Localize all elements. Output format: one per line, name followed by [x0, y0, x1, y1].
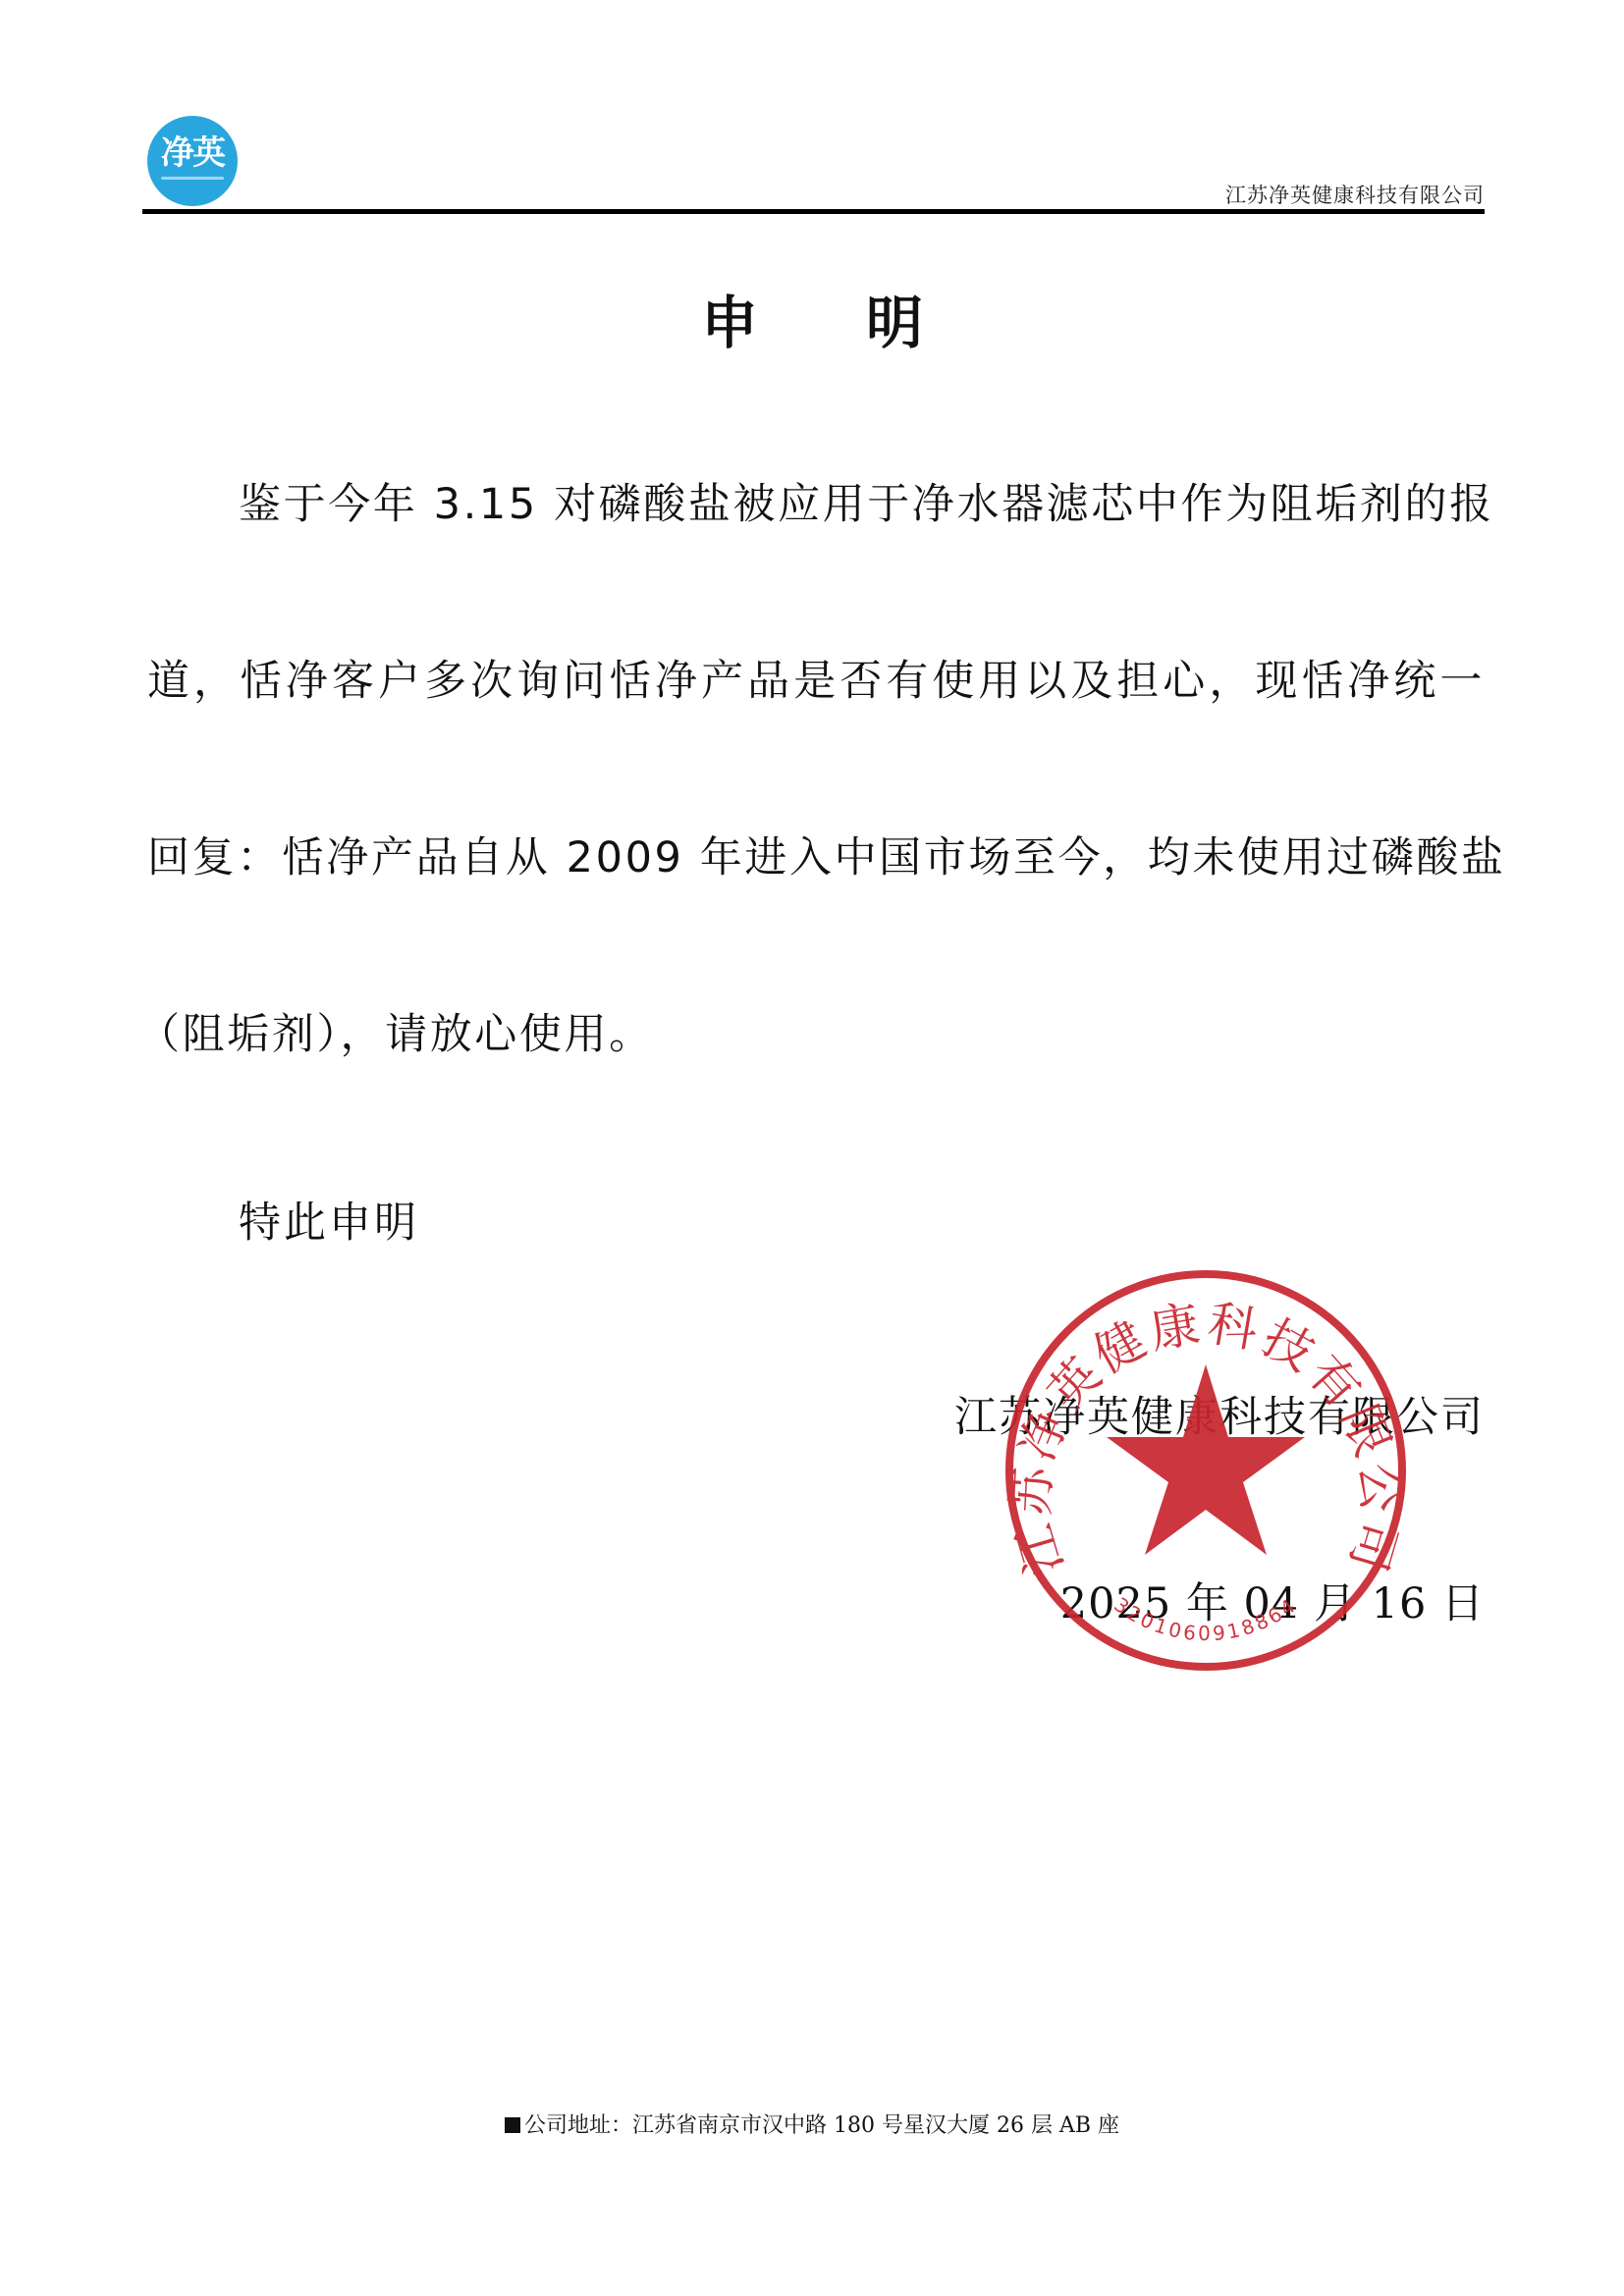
- body-line-3: 回复：恬净产品自从 2009 年进入中国市场至今，均未使用过磷酸盐: [147, 828, 1485, 887]
- footer-address-text: 公司地址：江苏省南京市汉中路 180 号星汉大厦 26 层 AB 座: [524, 2113, 1119, 2138]
- title-char-1: 申: [701, 277, 758, 359]
- body-line-1: 鉴于今年 3.15 对磷酸盐被应用于净水器滤芯中作为阻垢剂的报: [239, 475, 1485, 534]
- company-seal: 江苏净英健康科技有限公司 3201060918864: [1003, 1268, 1408, 1673]
- footer-address: 公司地址：江苏省南京市汉中路 180 号星汉大厦 26 层 AB 座: [0, 2109, 1624, 2139]
- svg-text:3201060918864: 3201060918864: [1110, 1592, 1301, 1645]
- logo-tagline-bar: [161, 177, 224, 180]
- title-char-2: 明: [866, 277, 923, 359]
- body-line-4: （阻垢剂），请放心使用。: [137, 1005, 1475, 1064]
- logo-text: 净英: [147, 133, 238, 173]
- star-icon: [1107, 1364, 1305, 1555]
- header-company-name: 江苏净英健康科技有限公司: [1225, 180, 1485, 209]
- closing-statement: 特此申明: [239, 1190, 419, 1250]
- header-divider: [142, 209, 1485, 214]
- company-logo: 净英: [147, 116, 238, 206]
- body-line-2: 道，恬净客户多次询问恬净产品是否有使用以及担心，现恬净统一: [147, 652, 1485, 711]
- bullet-square-icon: [505, 2117, 520, 2133]
- seal-code: 3201060918864: [1110, 1592, 1301, 1645]
- document-title: 申明: [0, 277, 1624, 359]
